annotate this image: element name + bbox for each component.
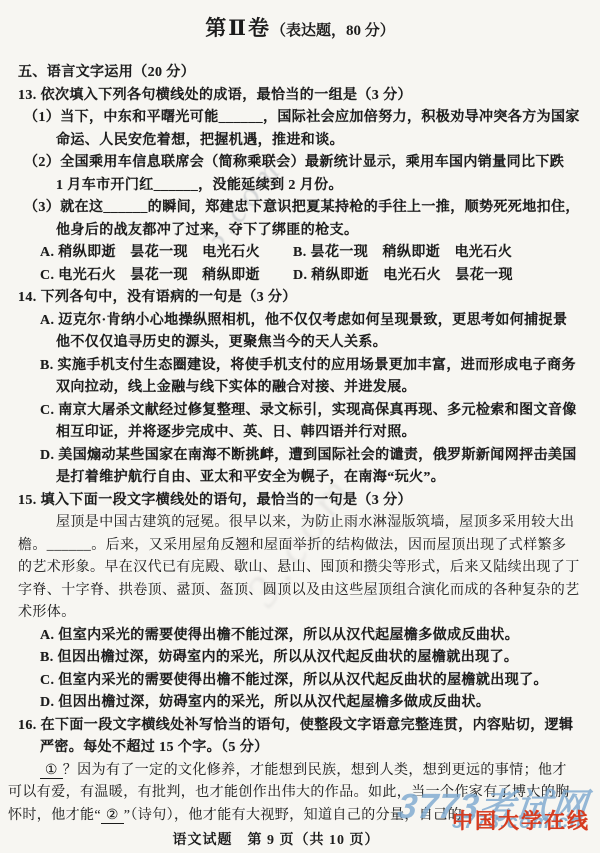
q16-stem-cont: 严密。每处不超过 15 个字。（5 分） xyxy=(18,737,588,760)
text-span: ”（诗句），他才能有大视野，知道自己的分量，自己的 xyxy=(124,808,462,823)
blank-number: ② xyxy=(101,808,124,824)
q13-item2-cont: 1 月车市开门红______，没能延续到 2 月份。 xyxy=(18,175,588,198)
q13-item1: （1）当下，中东和平曙光可能______，国际社会应加倍努力，积极劝导冲突各方为… xyxy=(18,107,588,130)
q13-item2: （2）全国乘用车信息联席会（简称乘联会）最新统计显示，乘用车国内销量同比下跌 1… xyxy=(18,152,588,175)
text-span: 怀时，他才能“ xyxy=(8,808,101,823)
q13-stem: 13. 依次填入下列各句横线处的成语，最恰当的一组是（3 分） xyxy=(18,85,588,108)
q16-stem: 16. 在下面一段文字横线处补写恰当的语句，使整段文字语意完整连贯，内容贴切，逻… xyxy=(18,715,588,738)
q15-option-b: B. 但因出檐过深，妨碍室内的采光，所以从汉代起反曲状的屋檐就出现了。 xyxy=(18,647,588,670)
q14-option-a-cont: 他不仅仅追寻历史的源头，更聚焦当今的天人关系。 xyxy=(18,332,588,355)
q15-option-c: C. 但室内采光的需要使得出檐不能过深，所以从汉代起反曲状的屋檐就出现了。 xyxy=(18,670,588,693)
q14-option-c-cont: 相互印证，并将逐步完成中、英、日、韩四语并行对照。 xyxy=(18,422,588,445)
q13-item3: （3）就在这______的瞬间，郑建忠下意识把夏某持枪的手往上一推，顺势死死地扣… xyxy=(18,197,588,220)
option-cell: C. 电光石火 昙花一现 稍纵即逝 xyxy=(40,265,293,288)
q14-option-a: A. 迈克尔·肯纳小心地操纵照相机，他不仅仅考虑如何呈现景致，更思考如何捕捉景致… xyxy=(18,310,588,333)
content: 五、语言文字运用（20 分）13. 依次填入下列各句横线处的成语，最恰当的一组是… xyxy=(18,62,588,827)
option-cell: D. 稍纵即逝 电光石火 昙花一现 xyxy=(293,265,513,288)
header-subtitle: （表达题，80 分） xyxy=(271,23,395,39)
section-title: 五、语言文字运用（20 分） xyxy=(18,62,588,85)
q15-option-d: D. 但因出檐过深，妨碍室内的采光，所以从汉代起屋檐多做成反曲状。 xyxy=(18,692,588,715)
q15-passage-2: 檐。______。后来，又采用屋角反翘和屋面举折的结构做法，因而屋顶出现了式样繁… xyxy=(18,535,588,558)
q13-item1-cont: 命运、人民安危着想，把握机遇，推进和谈。 xyxy=(18,130,588,153)
text-span: ？因为有了一定的文化修养，才能想到民族，想到人类，想到更远的事情；他才 xyxy=(63,763,567,778)
q15-option-a: A. 但室内采光的需要使得出檐不能过深，所以从汉代起屋檐多做成反曲状。 xyxy=(18,625,588,648)
q14-option-c: C. 南京大屠杀文献经过修复整理、录文标引，实现高保真再现、多元检索和图文音像 xyxy=(18,400,588,423)
exam-page: 第Ⅱ卷（表达题，80 分） 3.com 3.com 五、语言文字运用（20 分）… xyxy=(0,0,600,853)
blank-number: ① xyxy=(40,763,63,779)
q14-option-b-cont: 双向拉动，线上金融与线下实体的融合对接、并进发展。 xyxy=(18,377,588,400)
q15-passage-1: 屋顶是中国古建筑的冠冕。很早以来，为防止雨水淋湿版筑墙，屋顶多采用较大出 xyxy=(18,512,588,535)
q13-options-cd: C. 电光石火 昙花一现 稍纵即逝D. 稍纵即逝 电光石火 昙花一现 xyxy=(18,265,588,288)
footer-page-label: 语文试题 第 9 页（共 10 页） xyxy=(0,829,576,849)
q15-passage-5: 术形体。 xyxy=(18,602,588,625)
q15-stem: 15. 填入下面一段文字横线处的语句，最恰当的一句是（3 分） xyxy=(18,490,588,513)
q16-passage-1: ① ？因为有了一定的文化修养，才能想到民族，想到人类，想到更远的事情；他才 xyxy=(18,760,588,783)
q13-item3-cont: 他身后的战友都冲了过来，夺下了绑匪的枪支。 xyxy=(18,220,588,243)
header-title: 第Ⅱ卷 xyxy=(205,16,271,40)
option-cell: A. 稍纵即逝 昙花一现 电光石火 xyxy=(40,242,293,265)
q14-option-b: B. 实施手机支付生态圈建设，将使手机支付的应用场景更加丰富，进而形成电子商务 xyxy=(18,355,588,378)
q16-passage-3: 怀时，他才能“ ② ”（诗句），他才能有大视野，知道自己的分量，自己的 xyxy=(8,805,588,828)
q13-options-ab: A. 稍纵即逝 昙花一现 电光石火B. 昙花一现 稍纵即逝 电光石火 xyxy=(18,242,588,265)
q16-passage-2: 可以有爱，有温暖，有批判，也才能创作出伟大的作品。如此，当一个作家有了博大的胸 xyxy=(8,782,588,805)
q14-option-d-cont: 是打着维护航行自由、亚太和平安全为幌子，在南海“玩火”。 xyxy=(18,467,588,490)
q14-option-d: D. 美国煽动某些国家在南海不断挑衅，遭到国际社会的谴责，俄罗斯新闻网抨击美国 xyxy=(18,445,588,468)
q15-passage-3: 的艺术形象。早在汉代已有庑殿、歇山、悬山、囤顶和攒尖等形式，后来又陆续出现了丁 xyxy=(18,557,588,580)
page-header: 第Ⅱ卷（表达题，80 分） xyxy=(0,12,600,42)
q15-passage-4: 字脊、十字脊、拱卷顶、盝顶、盔顶、圆顶以及由这些屋顶组合演化而成的各种复杂的艺 xyxy=(18,580,588,603)
option-cell: B. 昙花一现 稍纵即逝 电光石火 xyxy=(293,242,512,265)
q14-stem: 14. 下列各句中，没有语病的一句是（3 分） xyxy=(18,287,588,310)
